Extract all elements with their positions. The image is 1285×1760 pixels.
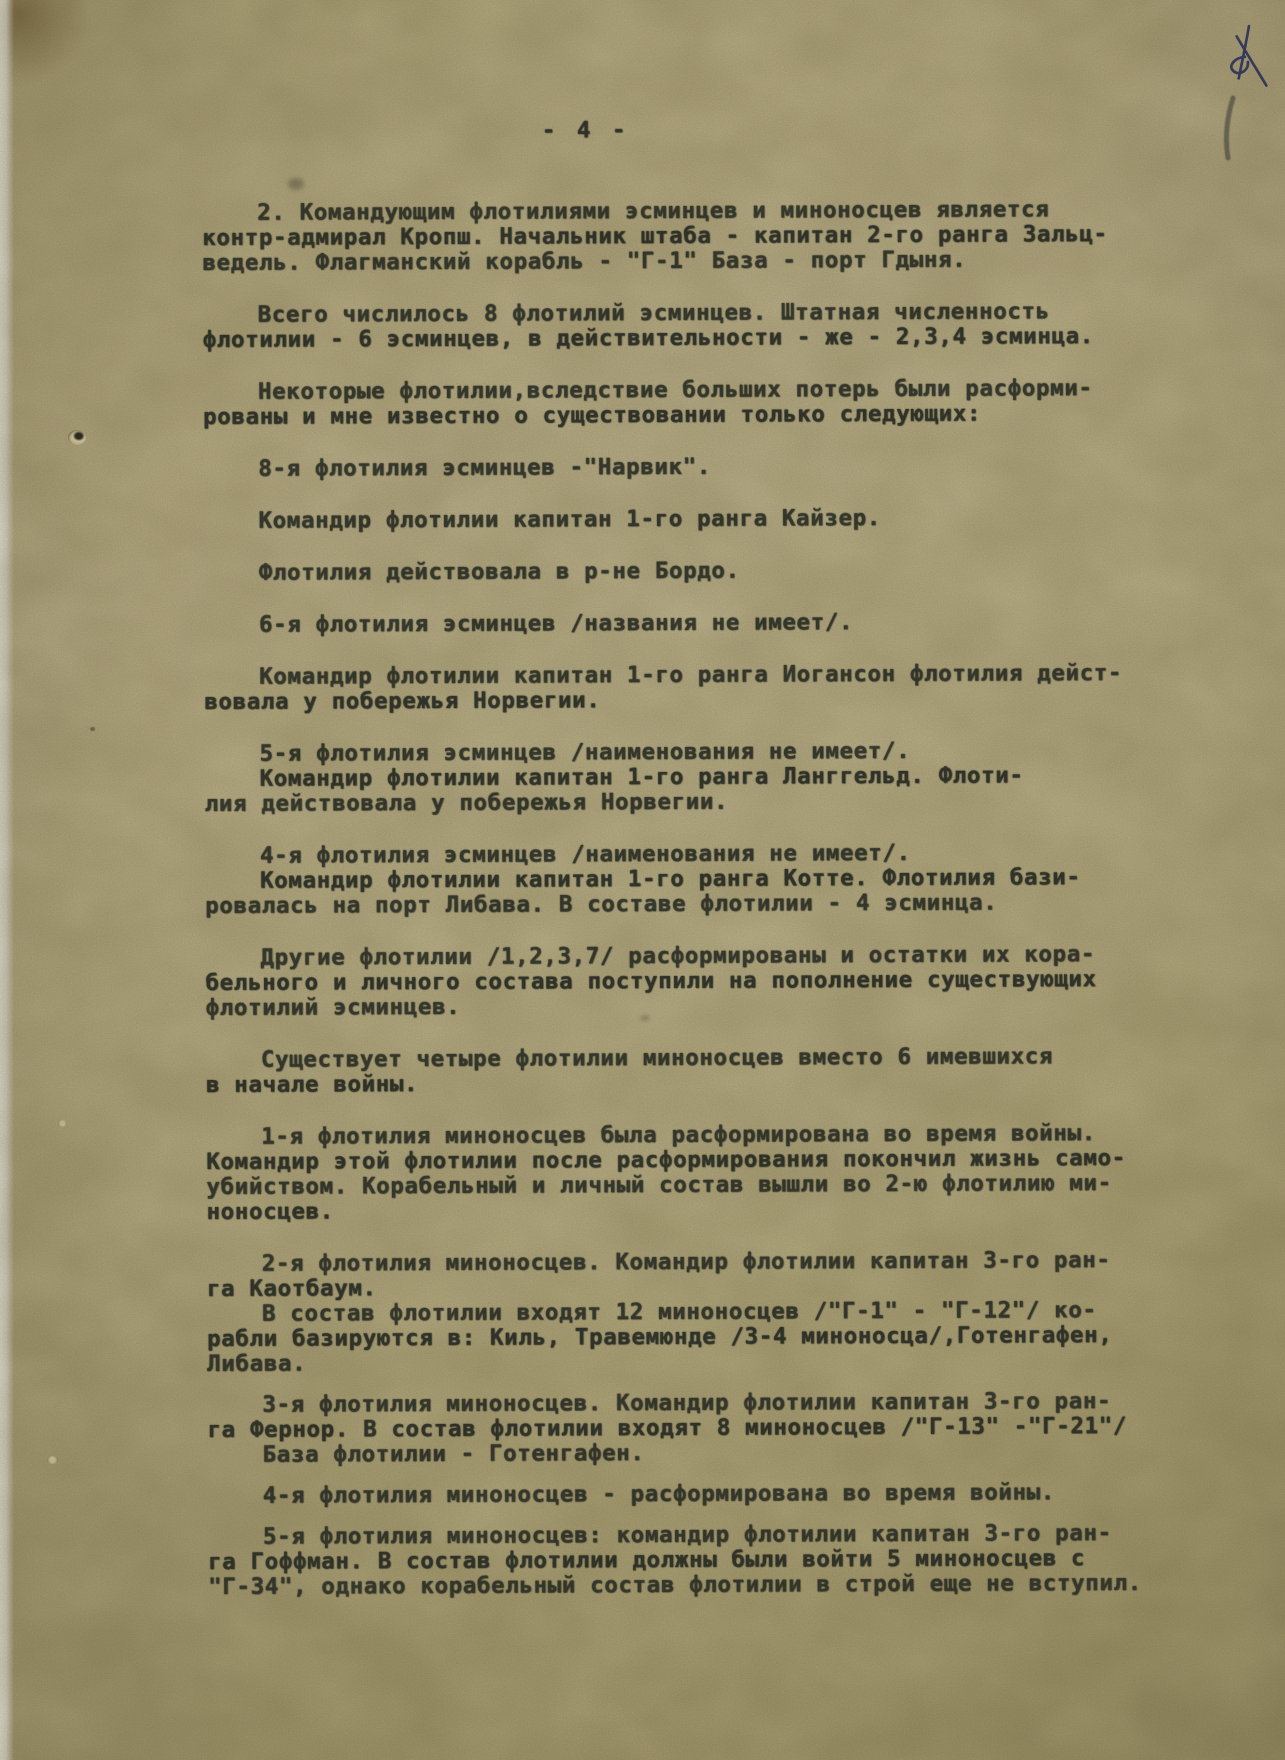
- document-line: Всего числилось 8 флотилий эсминцев. Шта…: [203, 299, 1138, 328]
- document-line: "Г-34", однако корабельный состав флотил…: [208, 1571, 1143, 1600]
- document-line: 5-я флотилия эсминцев /наименования не и…: [204, 738, 1139, 767]
- paper-speck: [47, 1456, 58, 1464]
- scan-edge: [0, 0, 14, 1760]
- paragraph: Флотилия действовала в р-не Бордо.: [204, 557, 1139, 586]
- paragraph: 4-я флотилия миноносцев - расформирована…: [208, 1480, 1143, 1509]
- handwritten-pencil-mark-icon: [1216, 94, 1248, 166]
- paragraph: Другие флотилии /1,2,3,7/ расформированы…: [205, 942, 1140, 1021]
- document-line: рованы и мне известно о существовании то…: [203, 401, 1138, 430]
- paragraph: Некоторые флотилии,вследствие больших по…: [203, 376, 1138, 430]
- paragraph: 8-я флотилия эсминцев -"Нарвик".: [203, 453, 1138, 482]
- document-line: В состав флотилии входят 12 миноносцев /…: [207, 1298, 1142, 1327]
- paper-hole: [68, 430, 86, 445]
- document-line: вовала у побережья Норвегии.: [204, 686, 1139, 715]
- page-number: - 4 -: [542, 118, 630, 143]
- paragraph: 2. Командующим флотилиями эсминцев и мин…: [202, 197, 1137, 276]
- document-line: флотилий эсминцев.: [206, 992, 1141, 1021]
- document-line: ровалась на порт Либава. В составе флоти…: [205, 890, 1140, 919]
- paper-speck: [90, 727, 95, 731]
- paragraph: 5-я флотилия эсминцев /наименования не и…: [204, 738, 1139, 817]
- paragraph: 6-я флотилия эсминцев /названия не имеет…: [204, 609, 1139, 638]
- document-line: 4-я флотилия миноносцев - расформирована…: [208, 1480, 1143, 1509]
- document-line: Существует четыре флотилии миноносцев вм…: [206, 1044, 1141, 1073]
- handwritten-ink-mark-icon: [1226, 20, 1276, 106]
- document-text-block: - 4 - 2. Командующим флотилиями эсминцев…: [202, 116, 1144, 1616]
- document-line: Командир флотилии капитан 1-го ранга Иог…: [204, 661, 1139, 690]
- paragraph: 5-я флотилия миноносцев: командир флотил…: [208, 1521, 1143, 1600]
- document-line: Некоторые флотилии,вследствие больших по…: [203, 376, 1138, 405]
- document-line: 6-я флотилия эсминцев /названия не имеет…: [204, 609, 1139, 638]
- document-line: 8-я флотилия эсминцев -"Нарвик".: [203, 453, 1138, 482]
- document-line: флотилии - 6 эсминцев, в действительност…: [203, 324, 1138, 353]
- paragraph: 4-я флотилия эсминцев /наименования не и…: [205, 840, 1140, 919]
- document-line: убийством. Корабельный и личный состав в…: [206, 1171, 1141, 1200]
- document-body: 2. Командующим флотилиями эсминцев и мин…: [202, 197, 1143, 1600]
- document-line: 4-я флотилия эсминцев /наименования не и…: [205, 840, 1140, 869]
- document-line: Командир флотилии капитан 1-го ранга Кай…: [203, 505, 1138, 534]
- document-line: Либава.: [207, 1348, 1142, 1377]
- paragraph: 3-я флотилия миноносцев. Командир флотил…: [207, 1389, 1142, 1468]
- paragraph: Командир флотилии капитан 1-го ранга Кай…: [203, 505, 1138, 534]
- paragraph: Командир флотилии капитан 1-го ранга Иог…: [204, 661, 1139, 715]
- document-line: ведель. Флагманский корабль - "Г-1" База…: [202, 247, 1137, 276]
- document-line: 3-я флотилия миноносцев. Командир флотил…: [207, 1389, 1142, 1418]
- paper-speck: [58, 1120, 67, 1127]
- document-line: 1-я флотилия миноносцев была расформиров…: [206, 1121, 1141, 1150]
- document-page: - 4 - 2. Командующим флотилиями эсминцев…: [0, 0, 1285, 1760]
- paragraph: 1-я флотилия миноносцев была расформиров…: [206, 1121, 1141, 1225]
- paragraph: Существует четыре флотилии миноносцев вм…: [206, 1044, 1141, 1098]
- document-line: База флотилии - Готенгафен.: [208, 1439, 1143, 1468]
- document-line: 2. Командующим флотилиями эсминцев и мин…: [202, 197, 1137, 226]
- document-line: 2-я флотилия миноносцев. Командир флотил…: [207, 1248, 1142, 1277]
- document-line: Другие флотилии /1,2,3,7/ расформированы…: [205, 942, 1140, 971]
- document-line: ноносцев.: [206, 1196, 1141, 1225]
- paragraph: 2-я флотилия миноносцев. Командир флотил…: [207, 1248, 1143, 1377]
- paragraph: Всего числилось 8 флотилий эсминцев. Шта…: [203, 299, 1138, 353]
- document-line: Флотилия действовала в р-не Бордо.: [204, 557, 1139, 586]
- document-line: 5-я флотилия миноносцев: командир флотил…: [208, 1521, 1143, 1550]
- document-line: лия действовала у побережья Норвегии.: [205, 788, 1140, 817]
- document-line: в начале войны.: [206, 1069, 1141, 1098]
